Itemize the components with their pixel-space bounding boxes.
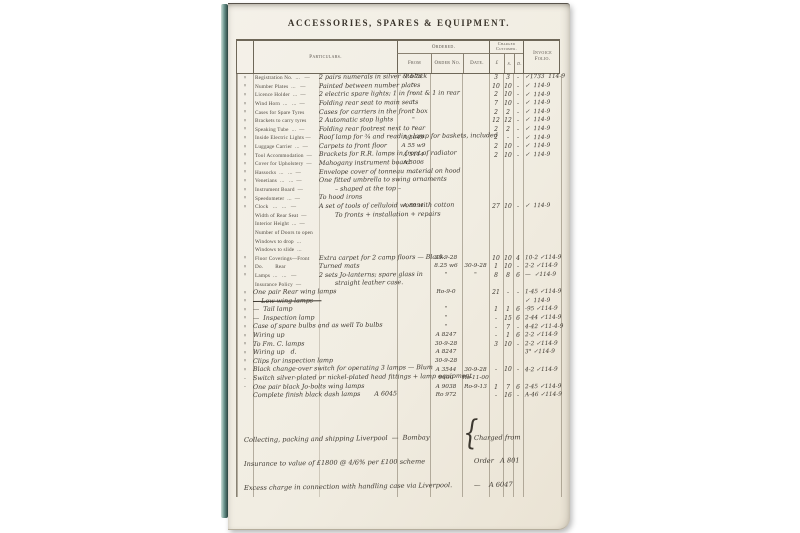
cell-amount: 10 xyxy=(503,153,513,159)
cell-amount: - xyxy=(513,325,523,331)
cell-amount: 3 xyxy=(489,75,503,81)
cell-particulars: One pair black Jo-bolts wing lamps xyxy=(253,383,397,391)
cell-folio: 1-45 ✓114-9 xyxy=(523,290,561,296)
table-row: Interior Height ... — xyxy=(237,220,560,229)
cell-amount: 6 xyxy=(513,307,523,313)
footer-line: Collecting, packing and shipping Liverpo… xyxy=(244,432,452,446)
table-row: Number of Doors to open xyxy=(237,229,560,238)
page-title: ACCESSORIES, SPARES & EQUIPMENT. xyxy=(228,18,570,28)
cell-particulars: Turned mats xyxy=(319,263,397,270)
cell-particulars: Brackets for R.R. lamps in front of radi… xyxy=(319,152,397,159)
cell-label: Venetians ... ... — xyxy=(253,178,319,184)
cell-label: Number of Doors to open xyxy=(253,230,319,236)
cell-mark: × xyxy=(237,170,253,175)
cell-amount: 7 xyxy=(489,101,503,107)
footer-note-line: Charged from xyxy=(474,432,521,444)
cell-folio: ✓ 114-9 xyxy=(523,101,561,107)
cell-particulars: Case of spare bulbs and as well To bulbs xyxy=(253,323,397,331)
cell-particulars: – shaped at the top – xyxy=(319,186,397,193)
cell-folio: 2-2 ✓114-9 xyxy=(523,264,561,270)
cell-amount: 2 xyxy=(489,92,503,98)
cell-amount: - xyxy=(513,144,523,150)
cell-amount: 1 xyxy=(489,385,503,391)
cell-mark: × xyxy=(237,325,253,330)
table-row: ×Cases for Spare TyresCases for carriers… xyxy=(237,108,560,117)
cell-mark: × xyxy=(237,308,253,313)
cell-particulars: Extra carpet for 2 camp floors — Black. xyxy=(319,255,397,262)
cell-amount: 16 xyxy=(503,393,513,399)
table-row: ×Floor Coverings—FrontExtra carpet for 2… xyxy=(237,254,560,263)
cell-folio: 4-42 ✓11-4-9 xyxy=(523,324,561,330)
cell-amount: - xyxy=(513,290,523,296)
cell-mark: × xyxy=(237,145,253,150)
table-body: ×Registration No. ... —2 pairs numerals … xyxy=(237,74,560,401)
cell-label: Wind Horn ... ... — xyxy=(253,101,319,107)
cell-amount: 10 xyxy=(489,256,503,262)
cell-amount: - xyxy=(513,135,523,141)
cell-amount: 6 xyxy=(513,316,523,322)
cell-amount: - xyxy=(513,110,523,116)
cell-folio: ✓ 114-9 xyxy=(523,127,561,133)
header-ordered-subcolumns: From Order No. Date. xyxy=(397,54,489,73)
cell-order_no: Ro 972 xyxy=(430,393,462,399)
cell-folio xyxy=(523,284,561,285)
cell-particulars: 2 sets Jo-lanterns; spare glass in xyxy=(319,272,397,279)
cell-amount: - xyxy=(513,204,523,210)
cell-folio: ✓ 114-9 xyxy=(523,144,561,150)
cell-label: Cover for Upholstery — xyxy=(253,161,319,167)
cell-amount: - xyxy=(513,84,523,90)
cell-mark: × xyxy=(237,76,253,81)
cell-mark: × xyxy=(237,196,253,201)
cell-mark: × xyxy=(237,359,253,364)
footer-line: Insurance to value of £1800 @ 4/6% per £… xyxy=(244,456,452,470)
cell-amount: 1 xyxy=(503,333,513,339)
cell-particulars: — Low wing lamps — xyxy=(253,297,397,305)
cell-mark: × xyxy=(237,273,253,278)
cell-amount: - xyxy=(489,316,503,322)
cell-amount: - xyxy=(513,75,523,81)
cell-amount: 1 xyxy=(503,307,513,313)
header-particulars: Particulars. xyxy=(253,41,397,73)
cell-particulars: Wiring up d. xyxy=(253,349,397,357)
cell-amount: 21 xyxy=(489,290,503,296)
cell-folio: — ✓114-9 xyxy=(523,273,561,279)
cell-mark: × xyxy=(237,162,253,167)
cell-particulars: straight leather case. xyxy=(319,281,397,288)
cell-folio: 10-2 ✓114-9 xyxy=(523,256,561,262)
cell-folio xyxy=(523,224,561,225)
cell-amount: 6 xyxy=(513,273,523,279)
cell-folio: 2-2 ✓114-9 xyxy=(523,333,561,339)
cell-label: Floor Coverings—Front xyxy=(253,256,319,262)
cell-amount: - xyxy=(513,264,523,270)
cell-particulars: 2 pairs numerals in silver & black xyxy=(319,74,397,81)
cell-amount: 10 xyxy=(503,144,513,150)
cell-folio: ✓ 114-9 xyxy=(523,84,561,90)
cell-particulars: Roof lamp for ¾ and reading lamp for bas… xyxy=(319,134,397,141)
cell-label: Instrument Board — xyxy=(253,187,319,193)
cell-folio: ✓ 114-9 xyxy=(523,135,561,141)
cell-amount: 12 xyxy=(489,118,503,124)
cell-amount: - xyxy=(489,325,503,331)
table-row: ×Wiring upA 8247-162-2 ✓114-9 xyxy=(237,332,560,341)
cell-folio: 2-44 ✓114-9 xyxy=(523,316,561,322)
header-ordered: Ordered. xyxy=(397,41,489,54)
cell-mark: × xyxy=(237,299,253,304)
cell-amount: 4 xyxy=(513,256,523,262)
header-mark-column xyxy=(237,41,253,73)
cell-mark: - xyxy=(237,377,253,382)
cell-folio xyxy=(523,215,561,216)
cell-label: Luggage Carrier ... — xyxy=(253,144,319,150)
cell-folio xyxy=(523,379,561,380)
cell-particulars: — Tail lamp xyxy=(253,306,397,314)
cell-label: Speaking Tube ... — xyxy=(253,127,319,133)
cell-particulars: Folding rear seat to main seats xyxy=(319,100,397,107)
cell-label: Speedometer ... — xyxy=(253,196,319,202)
cell-label: Insurance Policy — xyxy=(253,282,319,288)
cell-folio: A-46 ✓114-9 xyxy=(523,393,561,399)
cell-mark: × xyxy=(237,316,253,321)
cell-mark: × xyxy=(237,84,253,89)
cell-amount: 1 xyxy=(489,307,503,313)
cell-amount: - xyxy=(489,333,503,339)
cell-mark: × xyxy=(237,119,253,124)
cell-from: " xyxy=(397,118,430,124)
footer-charge-note: Charged from Order A 801 — A 6047 xyxy=(474,420,521,503)
cell-amount: 10 xyxy=(489,84,503,90)
table-row: Windows to drop ... xyxy=(237,237,560,246)
cell-mark: × xyxy=(237,153,253,158)
cell-particulars: To hood irons xyxy=(319,195,397,202)
footer-note-line: Order A 801 xyxy=(474,456,521,468)
cell-amount: 2 xyxy=(489,144,503,150)
cell-label: Cases for Spare Tyres xyxy=(253,110,319,116)
cell-amount: 2 xyxy=(503,110,513,116)
cell-amount: 10 xyxy=(503,342,513,348)
cell-particulars: To fronts + installation + repairs xyxy=(319,212,397,219)
cell-amount: 1 xyxy=(489,264,503,270)
cell-mark: × xyxy=(237,334,253,339)
cell-particulars: 2 Automatic stop lights xyxy=(319,117,397,124)
table-row: Width of Rear Seat —To fronts + installa… xyxy=(237,212,560,221)
cell-order_no: " xyxy=(430,273,462,279)
header-from: From xyxy=(398,61,431,66)
cell-mark: × xyxy=(237,291,253,296)
cell-order_no: A 8247 xyxy=(430,350,462,356)
cell-mark: × xyxy=(237,256,253,261)
cell-mark: - xyxy=(237,385,253,390)
column-rule xyxy=(561,74,562,497)
cell-folio xyxy=(523,250,561,251)
cell-mark: × xyxy=(237,93,253,98)
cell-particulars: Cases for carriers in the front box xyxy=(319,109,397,116)
cell-folio: -95 ✓114-9 xyxy=(523,307,561,313)
cell-order_no: 30-9-28 xyxy=(430,342,462,348)
cell-folio: 4-2 ✓114-9 xyxy=(523,367,561,373)
table-row: ×One pair Rear wing lampsRo-9-021--1-45 … xyxy=(237,289,560,298)
cell-particulars: Switch silver-plated or nickel-plated he… xyxy=(253,374,397,382)
footer-note-line: — A 6047 xyxy=(474,479,521,491)
cell-particulars: Envelope cover of tonneau material on ho… xyxy=(319,169,397,176)
cell-folio: 3° ✓114-9 xyxy=(523,350,561,356)
cell-label: Clock ... ... — xyxy=(253,204,319,210)
cell-mark: × xyxy=(237,110,253,115)
cell-amount: - xyxy=(489,393,503,399)
header-currency-subcolumns: £ s. d. xyxy=(489,54,523,73)
cell-amount: 27 xyxy=(489,204,503,210)
header-invoice-folio: Invoice Folio. xyxy=(523,41,561,73)
cell-particulars: Black change-over switch for operating 3… xyxy=(253,366,397,374)
cell-mark: × xyxy=(237,205,253,210)
cell-label: Tool Accommodation — xyxy=(253,153,319,159)
cell-amount: 10 xyxy=(503,92,513,98)
footer-line: Excess charge in connection with handlin… xyxy=(244,480,452,494)
cell-label: Lamps ... ... — xyxy=(253,273,319,279)
cell-label: Hassocks ... ... — xyxy=(253,170,319,176)
cell-order_no: " xyxy=(430,307,462,313)
scan-background: ACCESSORIES, SPARES & EQUIPMENT. Particu… xyxy=(0,0,800,533)
cell-amount: 10 xyxy=(503,84,513,90)
cell-amount: 2 xyxy=(489,153,503,159)
cell-amount: - xyxy=(503,135,513,141)
cell-amount: 2 xyxy=(489,110,503,116)
cell-folio xyxy=(523,198,561,199)
cell-folio: ✓ 114-9 xyxy=(523,92,561,98)
ledger-spine-edge xyxy=(221,4,228,518)
cell-mark: × xyxy=(237,127,253,132)
header-charged-customer: Charged Customer. xyxy=(489,41,523,54)
cell-particulars: A set of tools of celluloid worn with co… xyxy=(319,203,397,210)
cell-label: Width of Rear Seat — xyxy=(253,213,319,219)
table-row: ×— Tail lamp"116-95 ✓114-9 xyxy=(237,306,560,315)
cell-folio: ✓ 114-9 xyxy=(523,298,561,304)
cell-folio: ✓1733 114-9 xyxy=(523,75,561,81)
cell-particulars xyxy=(319,241,397,242)
cell-amount: - xyxy=(489,367,503,373)
document-page: ACCESSORIES, SPARES & EQUIPMENT. Particu… xyxy=(228,3,570,530)
cell-amount: 6 xyxy=(513,333,523,339)
cell-order_no: A 8247 xyxy=(430,333,462,339)
cell-amount: - xyxy=(513,342,523,348)
cell-mark: × xyxy=(237,136,253,141)
cell-amount: - xyxy=(513,92,523,98)
table-row: ×Inside Electric Lights —Roof lamp for ¾… xyxy=(237,134,560,143)
cell-amount: - xyxy=(513,153,523,159)
header-date: Date. xyxy=(463,54,490,73)
cell-label: Inside Electric Lights — xyxy=(253,135,319,141)
cell-label: Interior Height ... — xyxy=(253,221,319,227)
cell-label: Windows to slide ... xyxy=(253,247,319,253)
cell-folio xyxy=(523,362,561,363)
cell-mark: × xyxy=(237,265,253,270)
table-row: ×Case of spare bulbs and as well To bulb… xyxy=(237,323,560,332)
cell-folio: ✓ 114-9 xyxy=(523,204,561,210)
cell-particulars xyxy=(319,249,397,250)
cell-folio xyxy=(523,172,561,173)
cell-particulars xyxy=(319,224,397,225)
cell-mark: × xyxy=(237,368,253,373)
cell-amount: 10 xyxy=(503,264,513,270)
cell-amount: 8 xyxy=(489,273,503,279)
table-row: -Switch silver-plated or nickel-plated h… xyxy=(237,375,560,384)
footer-notes: Collecting, packing and shipping Liverpo… xyxy=(244,422,452,507)
cell-label: Licence Holder ... — xyxy=(253,92,319,98)
cell-label: Windows to drop ... xyxy=(253,239,319,245)
cell-date: 30-9-28 xyxy=(462,264,489,270)
cell-date: " xyxy=(462,273,489,279)
table-row: Complete finish black dash lamps A 6045R… xyxy=(237,392,560,401)
cell-order_no: Ro-9-0 xyxy=(430,290,462,296)
cell-amount: 10 xyxy=(503,256,513,262)
cell-particulars: Wiring up xyxy=(253,331,397,339)
cell-mark: × xyxy=(237,179,253,184)
cell-order_no: " xyxy=(430,316,462,322)
cell-amount: - xyxy=(513,367,523,373)
table-row: ×Wiring up d.A 82473° ✓114-9 xyxy=(237,349,560,358)
table-header: Particulars. Ordered. From Order No. Dat… xyxy=(236,39,560,74)
cell-mark: × xyxy=(237,102,253,107)
cell-amount: - xyxy=(503,290,513,296)
cell-label: Number Plates ... — xyxy=(253,84,319,90)
cell-folio: ✓ 114-9 xyxy=(523,152,561,158)
cell-folio: ✓ 114-9 xyxy=(523,118,561,124)
cell-mark: × xyxy=(237,188,253,193)
cell-amount: 2 xyxy=(503,127,513,133)
cell-amount: - xyxy=(513,118,523,124)
table-row: ×Wind Horn ... ... —Folding rear seat to… xyxy=(237,100,560,109)
cell-date: Ro-9-13 xyxy=(462,385,489,391)
cell-amount: 12 xyxy=(503,118,513,124)
cell-order_no: A 9038 xyxy=(430,385,462,391)
cell-folio xyxy=(523,241,561,242)
cell-amount: 7 xyxy=(503,385,513,391)
cell-label: Registration No. ... — xyxy=(253,75,319,81)
cell-particulars: Painted between number plates xyxy=(319,83,397,90)
cell-mark: × xyxy=(237,342,253,347)
cell-particulars: One fitted umbrella to swing ornaments xyxy=(319,177,397,184)
cell-order_no: " xyxy=(430,325,462,331)
cell-folio: ✓ 114-9 xyxy=(523,109,561,115)
cell-particulars: Folding rear footrest next to rear xyxy=(319,126,397,133)
table-row: ×Instrument Board —– shaped at the top – xyxy=(237,186,560,195)
cell-amount: 10 xyxy=(503,101,513,107)
cell-order_no: 8.25 w6 xyxy=(430,264,462,270)
cell-folio xyxy=(523,190,561,191)
cell-amount: 6 xyxy=(513,385,523,391)
cell-folio xyxy=(523,164,561,165)
cell-particulars xyxy=(319,232,397,233)
cell-particulars: Complete finish black dash lamps A 6045 xyxy=(253,392,397,400)
cell-amount: 7 xyxy=(503,325,513,331)
cell-amount: 3 xyxy=(503,75,513,81)
cell-particulars: Mahogany instrument board xyxy=(319,160,397,167)
cell-label: Do. Rear xyxy=(253,264,319,270)
cell-amount: - xyxy=(513,101,523,107)
cell-order_no: 30-9-28 xyxy=(430,359,462,365)
cell-folio: 2-2 ✓114-9 xyxy=(523,341,561,347)
cell-amount: - xyxy=(513,393,523,399)
header-pounds: £ xyxy=(490,61,504,66)
cell-mark: × xyxy=(237,351,253,356)
cell-amount: 15 xyxy=(503,316,513,322)
table-row: Insurance Policy —straight leather case. xyxy=(237,280,560,289)
cell-folio xyxy=(523,233,561,234)
cell-particulars: 2 electric spare lights; 1 in front & 1 … xyxy=(319,92,397,99)
header-order-no: Order No. xyxy=(431,54,463,73)
cell-particulars: Carpets to front floor xyxy=(319,143,397,150)
cell-amount: 3 xyxy=(489,342,503,348)
cell-amount: - xyxy=(513,127,523,133)
cell-particulars: To Fm. C. lamps xyxy=(253,340,397,348)
cell-amount: 10 xyxy=(503,367,513,373)
cell-amount: 8 xyxy=(503,273,513,279)
cell-folio: 2-45 ✓114-9 xyxy=(523,384,561,390)
cell-particulars: One pair Rear wing lamps xyxy=(253,288,397,296)
cell-label: Brackets to carry tyres xyxy=(253,118,319,124)
cell-folio xyxy=(523,181,561,182)
header-shillings: s. xyxy=(504,54,514,73)
cell-amount: 10 xyxy=(503,204,513,210)
